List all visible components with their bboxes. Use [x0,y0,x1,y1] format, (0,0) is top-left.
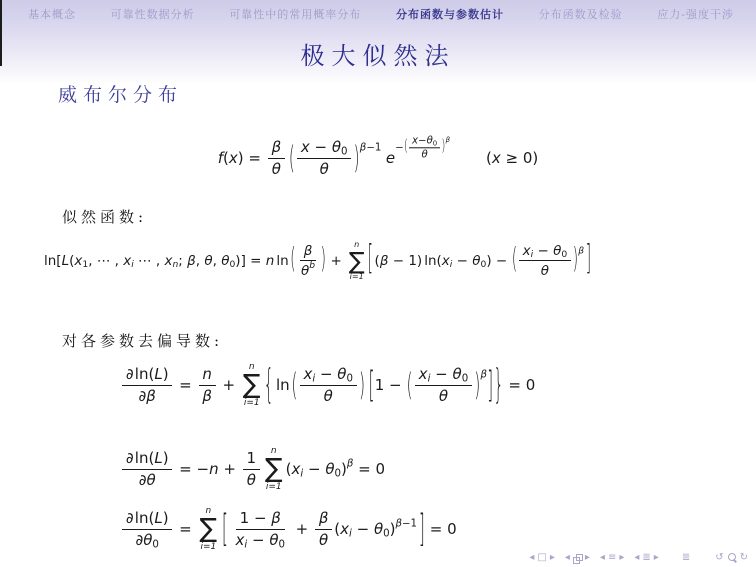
math-subscript: 0 [462,373,468,384]
math-token: ∂θ [139,471,156,489]
math-big-delimiter: ( [406,370,412,402]
math-token: + [218,376,240,394]
nav-subsection-prev-icon[interactable]: ◂ [600,553,605,563]
nav-section-prev-icon[interactable]: ◂ [634,553,639,563]
math-fraction: ∂ln(L)∂θ [122,449,172,489]
sigma-glyph: ∑ [349,250,365,272]
math-token: x [442,253,450,269]
math-token: 0 [229,260,235,271]
math-token: ∂ [126,365,134,383]
summation-symbol: n∑i=1 [265,446,283,493]
math-fraction: x − θ0θ [297,138,351,178]
math-token: − [395,142,404,153]
fraction-denominator: θ [320,386,337,406]
slide-subtitle: 威布尔分布 [58,80,183,107]
math-subscript: 0 [481,260,487,271]
partial-theta0-equation: ∂ln(L)∂θ0 = n∑i=1[1 − βxi − θ0 + βθ(xi −… [120,506,457,553]
math-big-delimiter: { [264,365,274,406]
math-fraction: 1θ [243,449,260,489]
sigma-glyph: ∑ [200,517,218,542]
math-token: 0 [335,468,341,479]
nav-forward-icon[interactable]: ↻ [740,553,748,563]
math-fraction: nβ [199,365,216,405]
math-token: n [209,460,219,478]
math-token: 0 [383,528,389,539]
presentation-slide: 基本概念可靠性数据分析可靠性中的常用概率分布分布函数与参数估计分布函数及检验应力… [0,0,756,567]
math-token: x [123,253,131,269]
math-token: , [196,253,205,269]
math-token: = 0 [504,376,536,394]
math-big-delimiter: ) [320,247,326,275]
math-token: x [74,253,82,269]
math-token: θ [324,387,333,405]
math-token: θ [319,531,328,549]
partial-theta-equation: ∂ln(L)∂θ = −n + 1θn∑i=1(xi − θ0)β = 0 [120,446,385,493]
sum-lower-limit: i=1 [200,542,216,553]
math-token: −1 [402,518,417,529]
math-token: e [386,149,395,167]
fraction-denominator: β [199,386,216,406]
math-token: L [154,509,162,527]
top-nav-item-1[interactable]: 基本概念 [28,6,76,22]
math-subscript: i [244,539,247,550]
log-likelihood-formula: ln[L(x1, ⋯ , xi ⋯ , xn; β, θ, θ0)] = nln… [44,240,591,282]
math-big-delimiter: [ [368,367,374,403]
math-token: − [310,138,332,156]
math-token: ln( [424,253,442,269]
nav-section-icon[interactable]: ≣ [642,553,650,563]
top-nav-item-6[interactable]: 应力-强度干涉 [657,6,734,22]
math-token: −1 [366,142,381,153]
math-token: − [533,243,553,259]
math-token: θ [332,138,341,156]
math-token: θ [301,263,309,279]
fraction-denominator: θb [298,261,319,279]
math-big-delimiter: ] [585,244,591,278]
fraction-numerator: x−θ0 [409,135,439,148]
math-token: x [492,149,501,167]
math-superscript: −(x−θ0θ)β [395,135,450,160]
math-big-delimiter: ( [289,142,295,174]
math-token: θ [247,471,256,489]
math-token: x [340,520,349,538]
math-superscript: β [578,246,584,257]
fraction-numerator: xi − θ0 [300,365,357,386]
math-fraction: 1 − βxi − θ0 [232,509,289,549]
math-token: θ [421,149,427,160]
fraction-numerator: n [199,365,216,386]
math-subscript: i [428,373,431,384]
math-fraction: xi − θ0θ [519,243,570,279]
math-token: ≥ 0) [501,149,539,167]
math-token: ln[ [44,253,62,269]
fraction-denominator: θ [243,470,260,490]
nav-back-icon[interactable]: ↺ [715,553,723,563]
math-token: 0 [481,260,487,271]
math-fraction: xi − θ0θ [300,365,357,405]
fraction-denominator: ∂β [135,386,160,406]
sum-lower-limit: i=1 [266,482,282,493]
math-subscript: 0 [229,260,235,271]
math-big-delimiter: ) [359,370,365,402]
math-token: x [303,365,312,383]
math-token: β [272,138,282,156]
fraction-numerator: 1 [243,449,260,470]
math-token: i [312,373,315,384]
top-nav-item-5[interactable]: 分布函数及检验 [539,6,623,22]
math-token: β [187,253,196,269]
math-token: β [202,387,212,405]
math-token: = 0 [353,460,385,478]
nav-frame-prev-icon[interactable]: ◂ [565,553,570,563]
math-subscript: n [172,260,178,271]
fraction-denominator: θ [435,386,452,406]
math-token: ∂β [139,387,156,405]
math-token: ) − [486,253,511,269]
math-token: θ [269,531,278,549]
fraction-denominator: ∂θ0 [132,530,163,550]
nav-section-next-icon[interactable]: ▸ [654,553,659,563]
math-token: β [446,136,450,144]
math-token: β [271,509,281,527]
nav-find-icon[interactable] [727,553,737,563]
math-token: ; [178,253,187,269]
math-token: ∂θ [135,531,152,549]
math-token: 1 − [240,509,272,527]
math-token: θ [553,243,561,259]
math-token: + [291,520,313,538]
sigma-glyph: ∑ [243,373,261,398]
math-big-delimiter: ( [404,139,408,155]
math-subscript: 0 [335,468,341,479]
math-token: i [349,528,352,539]
beamer-navigation-bar: ◂□▸◂▸◂≡▸◂≣▸≣↺↻ [529,553,748,563]
math-token: − [247,531,269,549]
math-fraction: βθ [315,509,332,549]
nav-slide-next-icon[interactable]: ▸ [550,553,555,563]
math-token: i [300,468,303,479]
math-token: θ [439,387,448,405]
math-token: i [531,250,534,261]
math-token: θ [337,365,346,383]
partial-beta-equation: ∂ln(L)∂β = nβ + n∑i=1{ln(xi − θ0θ)[1 − (… [120,362,535,409]
math-big-delimiter: [ [222,511,228,549]
math-big-delimiter: } [493,365,503,406]
fraction-numerator: β [300,243,315,261]
math-token: + [326,253,346,269]
nav-slide-prev-icon[interactable]: ◂ [529,553,534,563]
math-token: i [131,260,134,271]
math-token: x [292,460,301,478]
math-big-delimiter: ( [290,247,296,275]
math-fraction: βθb [298,243,319,279]
math-fraction: x−θ0θ [409,135,439,160]
math-token: − [303,460,325,478]
math-token: 1 [247,449,257,467]
math-token: i [450,260,453,271]
math-token: L [62,253,70,269]
top-nav-item-3[interactable]: 可靠性中的常用概率分布 [229,6,361,22]
math-subscript: i [131,260,134,271]
math-token: θ [453,365,462,383]
fraction-denominator: θ [315,530,332,550]
math-token: ln( [135,509,155,527]
top-section-nav: 基本概念可靠性数据分析可靠性中的常用概率分布分布函数与参数估计分布函数及检验应力… [0,0,756,25]
math-token: ln [276,253,288,269]
math-token: x [301,138,310,156]
math-token: − [418,135,427,146]
math-superscript: b [309,260,315,271]
math-token: + [219,460,241,478]
math-token: i [244,539,247,550]
math-token: , [213,253,222,269]
math-token: 0 [346,373,352,384]
math-token: − 1) [388,253,422,269]
math-token: = 0 [425,520,457,538]
math-superscript: β [347,458,354,469]
fraction-numerator: x − θ0 [297,138,351,159]
math-token: ⋯ , [134,253,165,269]
math-token: n [202,365,212,383]
fraction-denominator: θ [268,159,285,179]
math-token: = [174,376,196,394]
math-token: x [236,531,245,549]
math-subscript: 0 [561,250,567,261]
fraction-numerator: xi − θ0 [415,365,472,386]
sigma-glyph: ∑ [265,457,283,482]
math-token: ∂ [126,509,134,527]
nav-slide-icon[interactable]: □ [537,553,546,563]
fraction-numerator: β [315,509,332,530]
math-fraction: βθ [268,138,285,178]
math-big-delimiter: ] [419,511,425,549]
math-token: )] = [235,253,265,269]
math-token: θ [272,160,281,178]
likelihood-label: 似然函数: [62,206,147,227]
math-token: ln( [135,365,155,383]
math-token: θ [374,520,383,538]
math-big-delimiter: ( [512,247,518,275]
math-token: β [304,243,313,259]
nav-subsection-next-icon[interactable]: ▸ [619,553,624,563]
math-token: θ [541,263,549,279]
math-token: θ [221,253,229,269]
nav-frame-icon[interactable] [573,554,582,563]
math-token: , ⋯ , [88,253,123,269]
fraction-denominator: θ [419,148,430,160]
math-token: L [154,365,162,383]
math-token: 0 [433,139,437,147]
fraction-numerator: ∂ln(L) [122,365,172,386]
math-token: x [164,253,172,269]
math-token: 0 [152,539,158,550]
math-token: ∂ [126,449,134,467]
math-space [228,529,230,530]
math-subscript: 0 [383,528,389,539]
math-subscript: i [349,528,352,539]
math-token: θ [204,253,212,269]
fraction-denominator: xi − θ0 [232,530,289,550]
math-token: 0 [561,250,567,261]
math-token: 0 [341,146,347,157]
math-token: 1 − [375,376,407,394]
math-subscript: i [450,260,453,271]
math-fraction: xi − θ0θ [415,365,472,405]
fraction-denominator: θ [537,261,552,279]
math-token: β [347,458,354,469]
fraction-denominator: ∂θ [135,470,159,490]
math-token: − [430,365,452,383]
math-subscript: 0 [279,539,285,550]
math-token: 0 [279,539,285,550]
math-token: ln [276,376,290,394]
math-token: b [309,260,315,271]
summation-symbol: n∑i=1 [349,240,365,282]
math-token: x [229,149,238,167]
page-title: 极大似然法 [0,36,756,71]
math-token: θ [320,160,329,178]
math-subscript: i [300,468,303,479]
fraction-numerator: β [268,138,285,159]
math-token: ) [163,449,169,467]
math-token: ) [163,509,169,527]
math-subscript: 1 [82,260,88,271]
nav-frame-next-icon[interactable]: ▸ [585,553,590,563]
math-fraction: ∂ln(L)∂θ0 [122,509,172,549]
sum-lower-limit: i=1 [244,398,260,409]
math-token: 1 [82,260,88,271]
math-subscript: i [531,250,534,261]
fraction-numerator: xi − θ0 [519,243,570,261]
math-token: ) = [238,149,266,167]
math-token: β [578,246,584,257]
math-superscript: β [446,136,450,144]
fraction-numerator: ∂ln(L) [122,509,172,530]
math-token: x [523,243,531,259]
math-space [450,158,486,159]
math-token: − [315,365,337,383]
math-superscript: β−1 [360,142,382,153]
math-token: = − [174,460,209,478]
math-token: − [452,253,472,269]
math-token: n [266,253,275,269]
partial-derivative-label: 对各参数去偏导数: [62,330,223,351]
math-token: = [174,520,196,538]
nav-subsection-icon[interactable]: ≡ [608,553,616,563]
math-big-delimiter: [ [367,244,373,278]
math-subscript: i [312,373,315,384]
fraction-denominator: θ [316,159,333,179]
fraction-numerator: ∂ln(L) [122,449,172,470]
math-token: β [380,253,389,269]
math-token: n [172,260,178,271]
math-token: θ [325,460,334,478]
math-token: θ [472,253,480,269]
top-nav-item-2[interactable]: 可靠性数据分析 [111,6,195,22]
math-subscript: 0 [341,146,347,157]
math-token: L [154,449,162,467]
math-big-delimiter: ( [291,370,297,402]
math-token: i [428,373,431,384]
math-token: β [319,509,329,527]
math-superscript: β−1 [395,518,417,529]
math-subscript: 0 [152,539,158,550]
math-fraction: ∂ln(L)∂β [122,365,172,405]
math-subscript: 0 [433,139,437,147]
summation-symbol: n∑i=1 [243,362,261,409]
sum-lower-limit: i=1 [350,272,364,282]
math-subscript: 0 [346,373,352,384]
nav-appendix-icon[interactable]: ≣ [682,553,690,563]
math-token: 0 [462,373,468,384]
summation-symbol: n∑i=1 [200,506,218,553]
math-token: ) [163,365,169,383]
weibull-pdf-formula: f(x) = βθ(x − θ0θ)β−1e−(x−θ0θ)β(x ≥ 0) [0,138,756,178]
math-token: ln( [135,449,155,467]
math-token: x [419,365,428,383]
math-token: − [352,520,374,538]
fraction-numerator: 1 − β [236,509,285,530]
top-nav-item-4[interactable]: 分布函数与参数估计 [396,6,504,22]
